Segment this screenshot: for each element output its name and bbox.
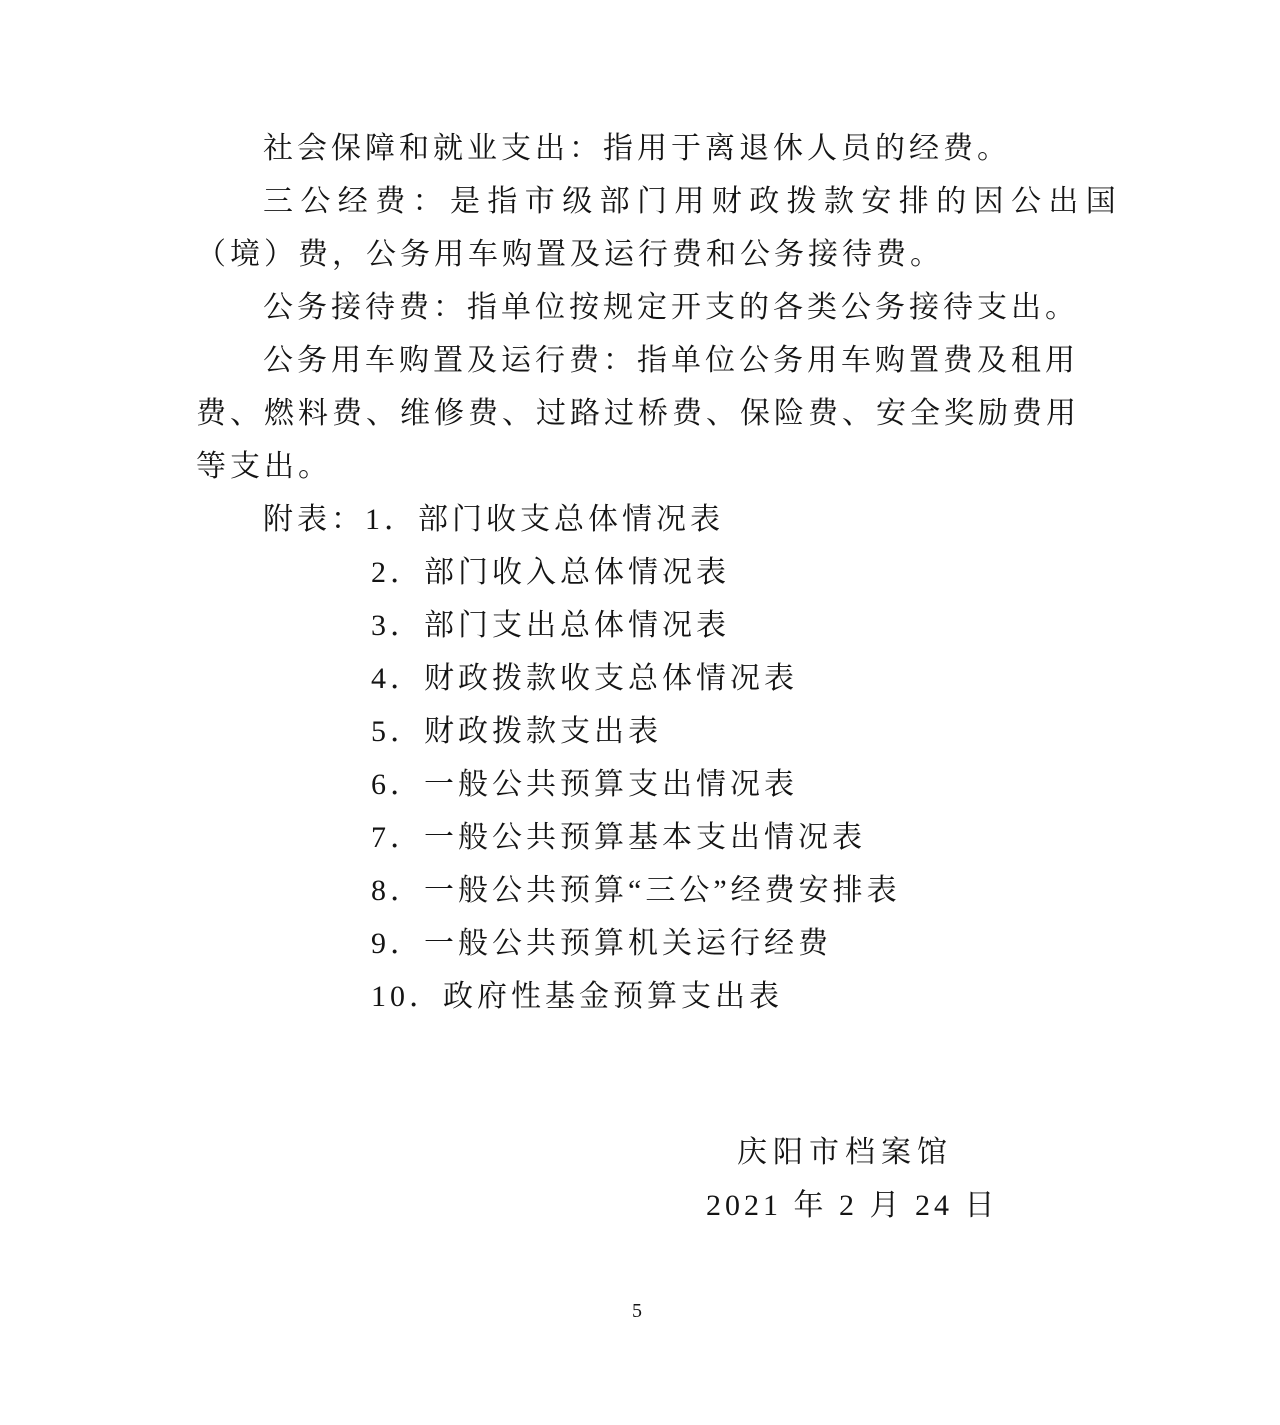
attachment-item-number: 2． bbox=[371, 556, 424, 589]
attachment-item: 8．一般公共预算“三公”经费安排表 bbox=[196, 864, 1085, 917]
page-number: 5 bbox=[597, 1296, 677, 1326]
attachment-list-first-line: 附表：1．部门收支总体情况表 bbox=[196, 493, 1085, 546]
paragraph-line: 公务接待费：指单位按规定开支的各类公务接待支出。 bbox=[196, 281, 1085, 334]
document-page: 社会保障和就业支出：指用于离退休人员的经费。 三公经费：是指市级部门用财政拨款安… bbox=[0, 0, 1280, 1425]
attachment-item-number: 4． bbox=[371, 662, 424, 695]
attachment-item-number: 7． bbox=[371, 821, 424, 854]
attachment-item-number: 5． bbox=[371, 715, 424, 748]
attachment-item-title: 一般公共预算“三公”经费安排表 bbox=[424, 874, 901, 907]
signature-date: 2021 年 2 月 24 日 bbox=[706, 1179, 999, 1232]
attachment-item-number: 10． bbox=[371, 980, 443, 1013]
paragraph-line: 费、燃料费、维修费、过路过桥费、保险费、安全奖励费用 bbox=[196, 387, 1085, 440]
attachment-item-title: 政府性基金预算支出表 bbox=[443, 980, 783, 1013]
paragraph-line: （境）费，公务用车购置及运行费和公务接待费。 bbox=[196, 228, 1085, 281]
attachment-item: 3．部门支出总体情况表 bbox=[196, 599, 1085, 652]
attachment-item-title: 部门收支总体情况表 bbox=[418, 503, 724, 536]
attachment-item: 6．一般公共预算支出情况表 bbox=[196, 758, 1085, 811]
attachment-item-title: 部门收入总体情况表 bbox=[424, 556, 730, 589]
attachment-item: 4．财政拨款收支总体情况表 bbox=[196, 652, 1085, 705]
attachment-item: 7．一般公共预算基本支出情况表 bbox=[196, 811, 1085, 864]
document-body: 社会保障和就业支出：指用于离退休人员的经费。 三公经费：是指市级部门用财政拨款安… bbox=[196, 122, 1085, 1023]
attachment-item-number: 9． bbox=[371, 927, 424, 960]
attachment-item-number: 1． bbox=[365, 503, 418, 536]
attachment-item-number: 8． bbox=[371, 874, 424, 907]
attachment-item-title: 财政拨款收支总体情况表 bbox=[424, 662, 798, 695]
attachment-item-title: 一般公共预算基本支出情况表 bbox=[424, 821, 866, 854]
attachment-item-title: 财政拨款支出表 bbox=[424, 715, 662, 748]
attachment-item-title: 部门支出总体情况表 bbox=[424, 609, 730, 642]
paragraph-line: 公务用车购置及运行费：指单位公务用车购置费及租用 bbox=[196, 334, 1085, 387]
attachment-item-title: 一般公共预算支出情况表 bbox=[424, 768, 798, 801]
attachment-item: 9．一般公共预算机关运行经费 bbox=[196, 917, 1085, 970]
attachment-item-number: 6． bbox=[371, 768, 424, 801]
paragraph-line: 社会保障和就业支出：指用于离退休人员的经费。 bbox=[196, 122, 1085, 175]
attachment-item-title: 一般公共预算机关运行经费 bbox=[424, 927, 832, 960]
signature-organization: 庆阳市档案馆 bbox=[737, 1126, 953, 1179]
attachment-list-label: 附表： bbox=[263, 503, 365, 536]
attachment-item-number: 3． bbox=[371, 609, 424, 642]
attachment-item: 10．政府性基金预算支出表 bbox=[196, 970, 1085, 1023]
attachment-item: 5．财政拨款支出表 bbox=[196, 705, 1085, 758]
paragraph-line: 等支出。 bbox=[196, 440, 1085, 493]
attachment-item: 2．部门收入总体情况表 bbox=[196, 546, 1085, 599]
paragraph-line: 三公经费：是指市级部门用财政拨款安排的因公出国 bbox=[196, 175, 1085, 228]
